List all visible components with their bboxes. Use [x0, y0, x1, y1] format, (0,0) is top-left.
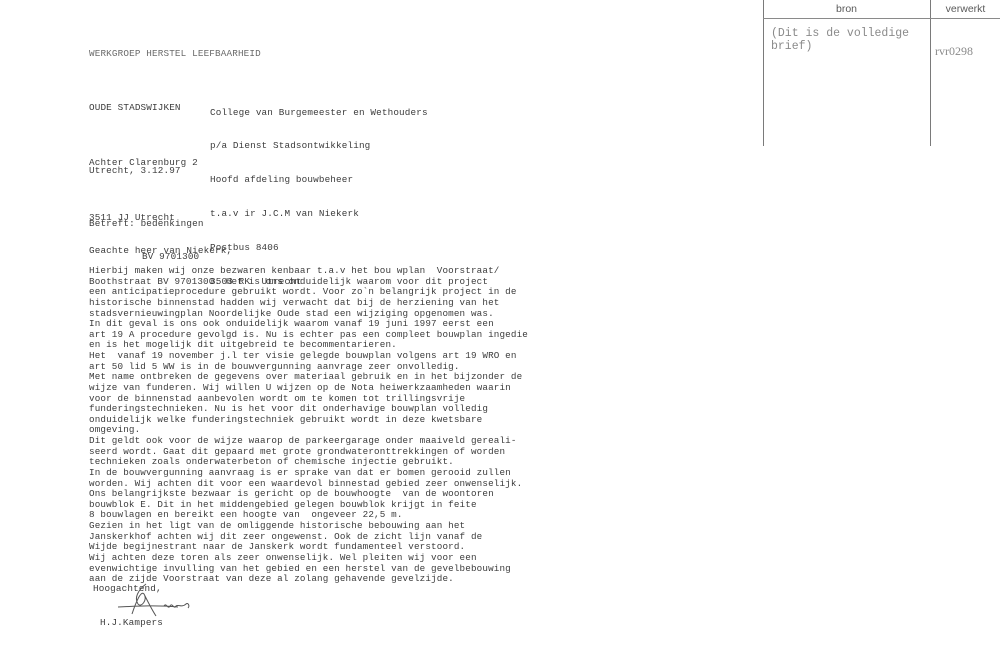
body-line: onduidelijk welke funderingstechniek geb…: [89, 415, 528, 426]
subject-label: Betreft:: [89, 218, 135, 229]
header-bron: bron: [763, 3, 930, 15]
recipient-line: College van Burgemeester en Wethouders: [210, 107, 428, 118]
subject-block: Betreft: bedenkingen BV 9701300: [89, 195, 204, 274]
body-line: In de bouwvergunning aanvraag is er spra…: [89, 468, 528, 479]
header-verwerkt: verwerkt: [931, 3, 1000, 15]
recipient-line: Hoofd afdeling bouwbeheer: [210, 174, 428, 185]
verwerkt-code: rvr0298: [935, 44, 973, 59]
letter-date: Utrecht, 3.12.97: [89, 165, 181, 176]
recipient-line: t.a.v ir J.C.M van Niekerk: [210, 208, 428, 219]
recipient-line: Postbus 8406: [210, 242, 428, 253]
body-line: Wij achten deze toren als zeer onwenseli…: [89, 553, 528, 564]
table-divider-left: [763, 0, 764, 146]
body-line: historische binnenstad hadden wij verwac…: [89, 298, 528, 309]
signer-name: H.J.Kampers: [100, 617, 163, 628]
table-header-divider: [763, 18, 1000, 19]
salutation: Geachte heer van Niekerk,: [89, 245, 232, 256]
body-line: wijze van funderen. Wij willen U wijzen …: [89, 383, 528, 394]
archive-table: bron verwerkt (Dit is de volledige brief…: [763, 0, 1000, 146]
table-divider-middle: [930, 0, 931, 146]
recipient-line: p/a Dienst Stadsontwikkeling: [210, 140, 428, 151]
sender-line: WERKGROEP HERSTEL LEEFBAARHEID: [89, 45, 261, 63]
letter-body: Hierbij maken wij onze bezwaren kenbaar …: [89, 266, 528, 585]
bron-note: (Dit is de volledige brief): [771, 27, 909, 53]
subject-line: bedenkingen: [141, 218, 204, 229]
